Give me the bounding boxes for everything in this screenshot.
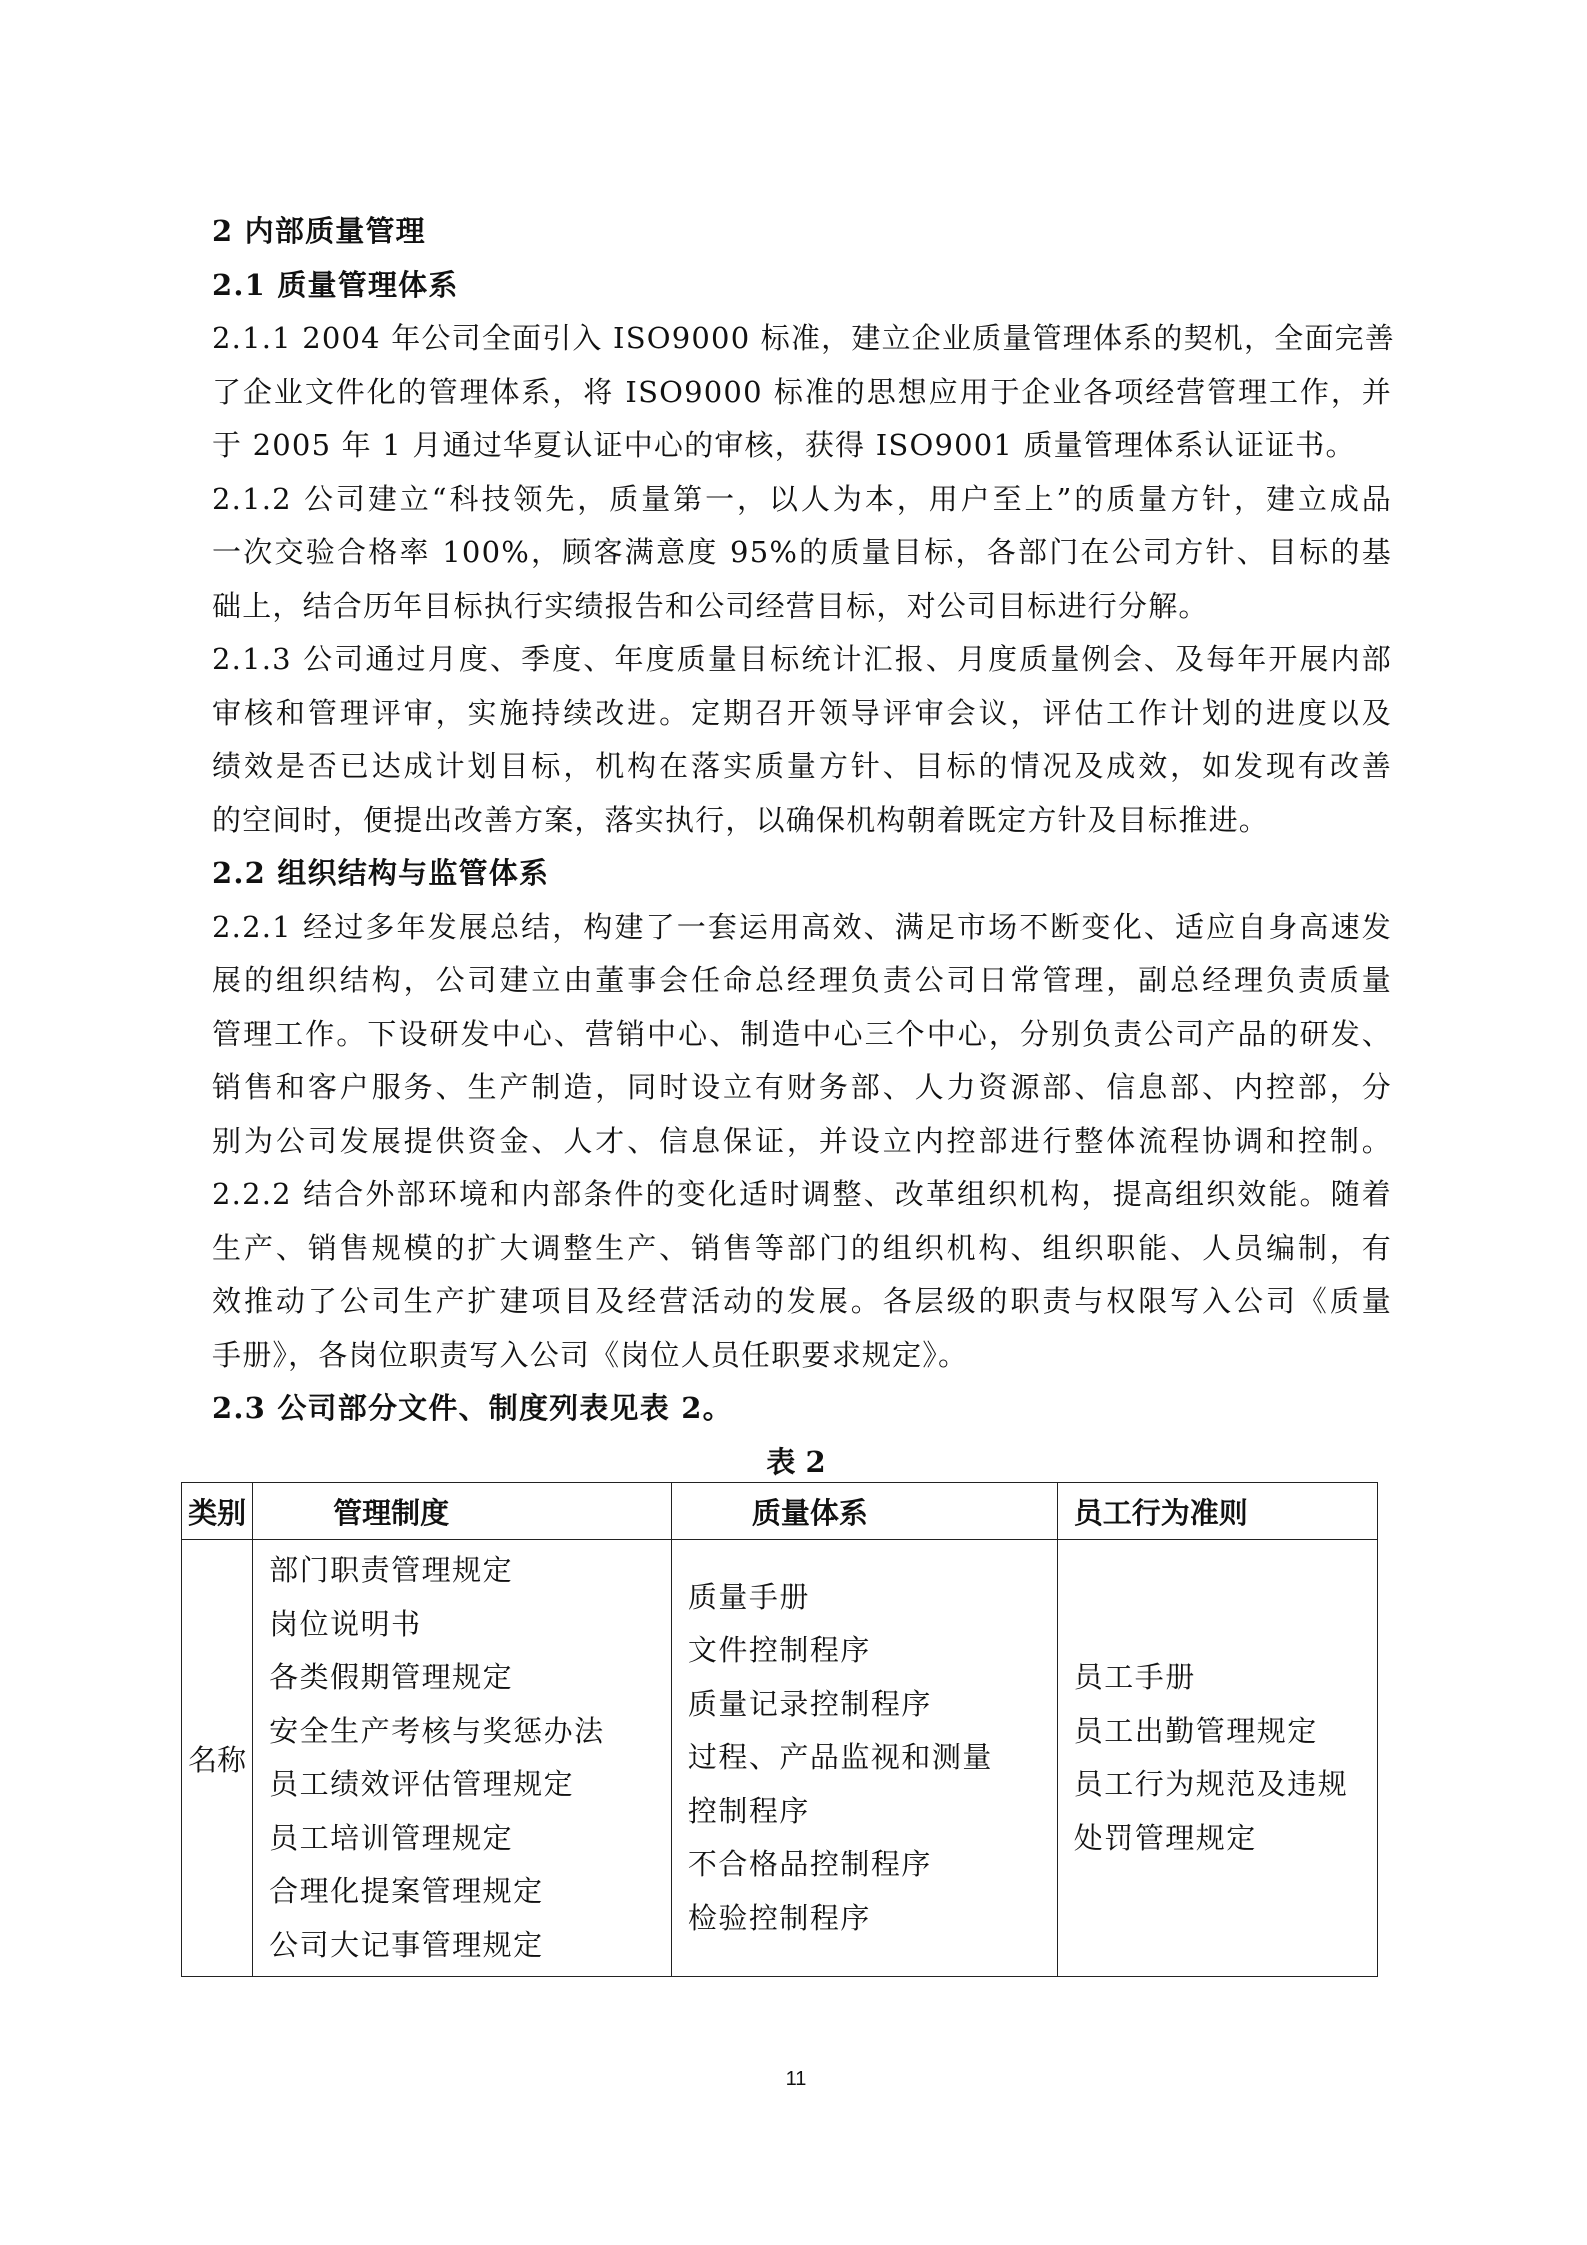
text-line: 绩效是否已达成计划目标，机构在落实质量方针、目标的情况及成效，如发现有改善 xyxy=(212,740,1392,794)
text-line: 2.1.3 公司通过月度、季度、年度质量目标统计汇报、月度质量例会、及每年开展内… xyxy=(212,633,1392,687)
paragraph-2-2-1: 2.2.1 经过多年发展总结，构建了一套运用高效、满足市场不断变化、适应自身高速… xyxy=(212,901,1392,1169)
section-heading: 2 内部质量管理 xyxy=(212,205,1392,259)
table-row: 名称 部门职责管理规定 岗位说明书 各类假期管理规定 安全生产考核与奖惩办法 员… xyxy=(182,1540,1378,1977)
text-line: 的空间时，便提出改善方案，落实执行，以确保机构朝着既定方针及目标推进。 xyxy=(212,794,1392,848)
paragraph-2-1-2: 2.1.2 公司建立“科技领先，质量第一，以人为本，用户至上”的质量方针，建立成… xyxy=(212,473,1392,634)
text-line: 2.2.1 经过多年发展总结，构建了一套运用高效、满足市场不断变化、适应自身高速… xyxy=(212,901,1392,955)
paragraph-2-2-2: 2.2.2 结合外部环境和内部条件的变化适时调整、改革组织机构，提高组织效能。随… xyxy=(212,1168,1392,1382)
subsection-heading-2-2: 2.2 组织结构与监管体系 xyxy=(212,847,1392,901)
paragraph-2-1-1: 2.1.1 2004 年公司全面引入 ISO9000 标准，建立企业质量管理体系… xyxy=(212,312,1392,473)
list-item: 员工行为规范及违规 xyxy=(1074,1758,1377,1812)
list-item: 检验控制程序 xyxy=(688,1892,1057,1946)
list-item: 各类假期管理规定 xyxy=(269,1651,671,1705)
documents-table: 类别 管理制度 质量体系 员工行为准则 名称 部门职责管理规定 岗位说明书 各类… xyxy=(181,1482,1378,1977)
list-item: 合理化提案管理规定 xyxy=(269,1865,671,1919)
list-item: 员工手册 xyxy=(1074,1651,1377,1705)
header-quality-system: 质量体系 xyxy=(671,1483,1057,1540)
list-item: 质量记录控制程序 xyxy=(688,1678,1057,1732)
list-item: 岗位说明书 xyxy=(269,1598,671,1652)
text-line: 管理工作。下设研发中心、营销中心、制造中心三个中心，分别负责公司产品的研发、 xyxy=(212,1008,1392,1062)
text-line: 别为公司发展提供资金、人才、信息保证，并设立内控部进行整体流程协调和控制。 xyxy=(212,1115,1392,1169)
text-line: 生产、销售规模的扩大调整生产、销售等部门的组织机构、组织职能、人员编制，有 xyxy=(212,1222,1392,1276)
employee-conduct-cell: 员工手册 员工出勤管理规定 员工行为规范及违规 处罚管理规定 xyxy=(1057,1540,1377,1977)
table-header-row: 类别 管理制度 质量体系 员工行为准则 xyxy=(182,1483,1378,1540)
header-employee-conduct: 员工行为准则 xyxy=(1057,1483,1377,1540)
list-item: 员工出勤管理规定 xyxy=(1074,1705,1377,1759)
list-item: 控制程序 xyxy=(688,1785,1057,1839)
body-text: 2 内部质量管理 2.1 质量管理体系 2.1.1 2004 年公司全面引入 I… xyxy=(212,205,1392,1436)
subsection-heading-2-3: 2.3 公司部分文件、制度列表见表 2。 xyxy=(212,1382,1392,1436)
subsection-heading-2-1: 2.1 质量管理体系 xyxy=(212,259,1392,313)
row-label: 名称 xyxy=(182,1540,253,1977)
document-page: 2 内部质量管理 2.1 质量管理体系 2.1.1 2004 年公司全面引入 I… xyxy=(0,0,1587,2245)
quality-system-cell: 质量手册 文件控制程序 质量记录控制程序 过程、产品监视和测量 控制程序 不合格… xyxy=(671,1540,1057,1977)
text-line: 2.2.2 结合外部环境和内部条件的变化适时调整、改革组织机构，提高组织效能。随… xyxy=(212,1168,1392,1222)
header-management-rules: 管理制度 xyxy=(253,1483,672,1540)
list-item: 部门职责管理规定 xyxy=(269,1544,671,1598)
list-item: 公司大记事管理规定 xyxy=(269,1919,671,1973)
list-item: 质量手册 xyxy=(688,1571,1057,1625)
management-rules-cell: 部门职责管理规定 岗位说明书 各类假期管理规定 安全生产考核与奖惩办法 员工绩效… xyxy=(253,1540,672,1977)
paragraph-2-1-3: 2.1.3 公司通过月度、季度、年度质量目标统计汇报、月度质量例会、及每年开展内… xyxy=(212,633,1392,847)
list-item: 处罚管理规定 xyxy=(1074,1812,1377,1866)
list-item: 安全生产考核与奖惩办法 xyxy=(269,1705,671,1759)
text-line: 效推动了公司生产扩建项目及经营活动的发展。各层级的职责与权限写入公司《质量 xyxy=(212,1275,1392,1329)
text-line: 审核和管理评审，实施持续改进。定期召开领导评审会议，评估工作计划的进度以及 xyxy=(212,687,1392,741)
header-category: 类别 xyxy=(182,1483,253,1540)
text-line: 销售和客户服务、生产制造，同时设立有财务部、人力资源部、信息部、内控部，分 xyxy=(212,1061,1392,1115)
text-line: 手册》，各岗位职责写入公司《岗位人员任职要求规定》。 xyxy=(212,1329,1392,1383)
text-line: 础上，结合历年目标执行实绩报告和公司经营目标，对公司目标进行分解。 xyxy=(212,580,1392,634)
text-line: 2.1.2 公司建立“科技领先，质量第一，以人为本，用户至上”的质量方针，建立成… xyxy=(212,473,1392,527)
list-item: 员工绩效评估管理规定 xyxy=(269,1758,671,1812)
page-number: 11 xyxy=(0,2068,1587,2091)
table-caption: 表 2 xyxy=(0,1440,1587,1481)
text-line: 一次交验合格率 100%，顾客满意度 95%的质量目标，各部门在公司方针、目标的… xyxy=(212,526,1392,580)
text-line: 展的组织结构，公司建立由董事会任命总经理负责公司日常管理，副总经理负责质量 xyxy=(212,954,1392,1008)
text-line: 2.1.1 2004 年公司全面引入 ISO9000 标准，建立企业质量管理体系… xyxy=(212,312,1392,366)
list-item: 员工培训管理规定 xyxy=(269,1812,671,1866)
text-line: 于 2005 年 1 月通过华夏认证中心的审核，获得 ISO9001 质量管理体… xyxy=(212,419,1392,473)
list-item: 文件控制程序 xyxy=(688,1624,1057,1678)
text-line: 了企业文件化的管理体系，将 ISO9000 标准的思想应用于企业各项经营管理工作… xyxy=(212,366,1392,420)
list-item: 不合格品控制程序 xyxy=(688,1838,1057,1892)
list-item: 过程、产品监视和测量 xyxy=(688,1731,1057,1785)
